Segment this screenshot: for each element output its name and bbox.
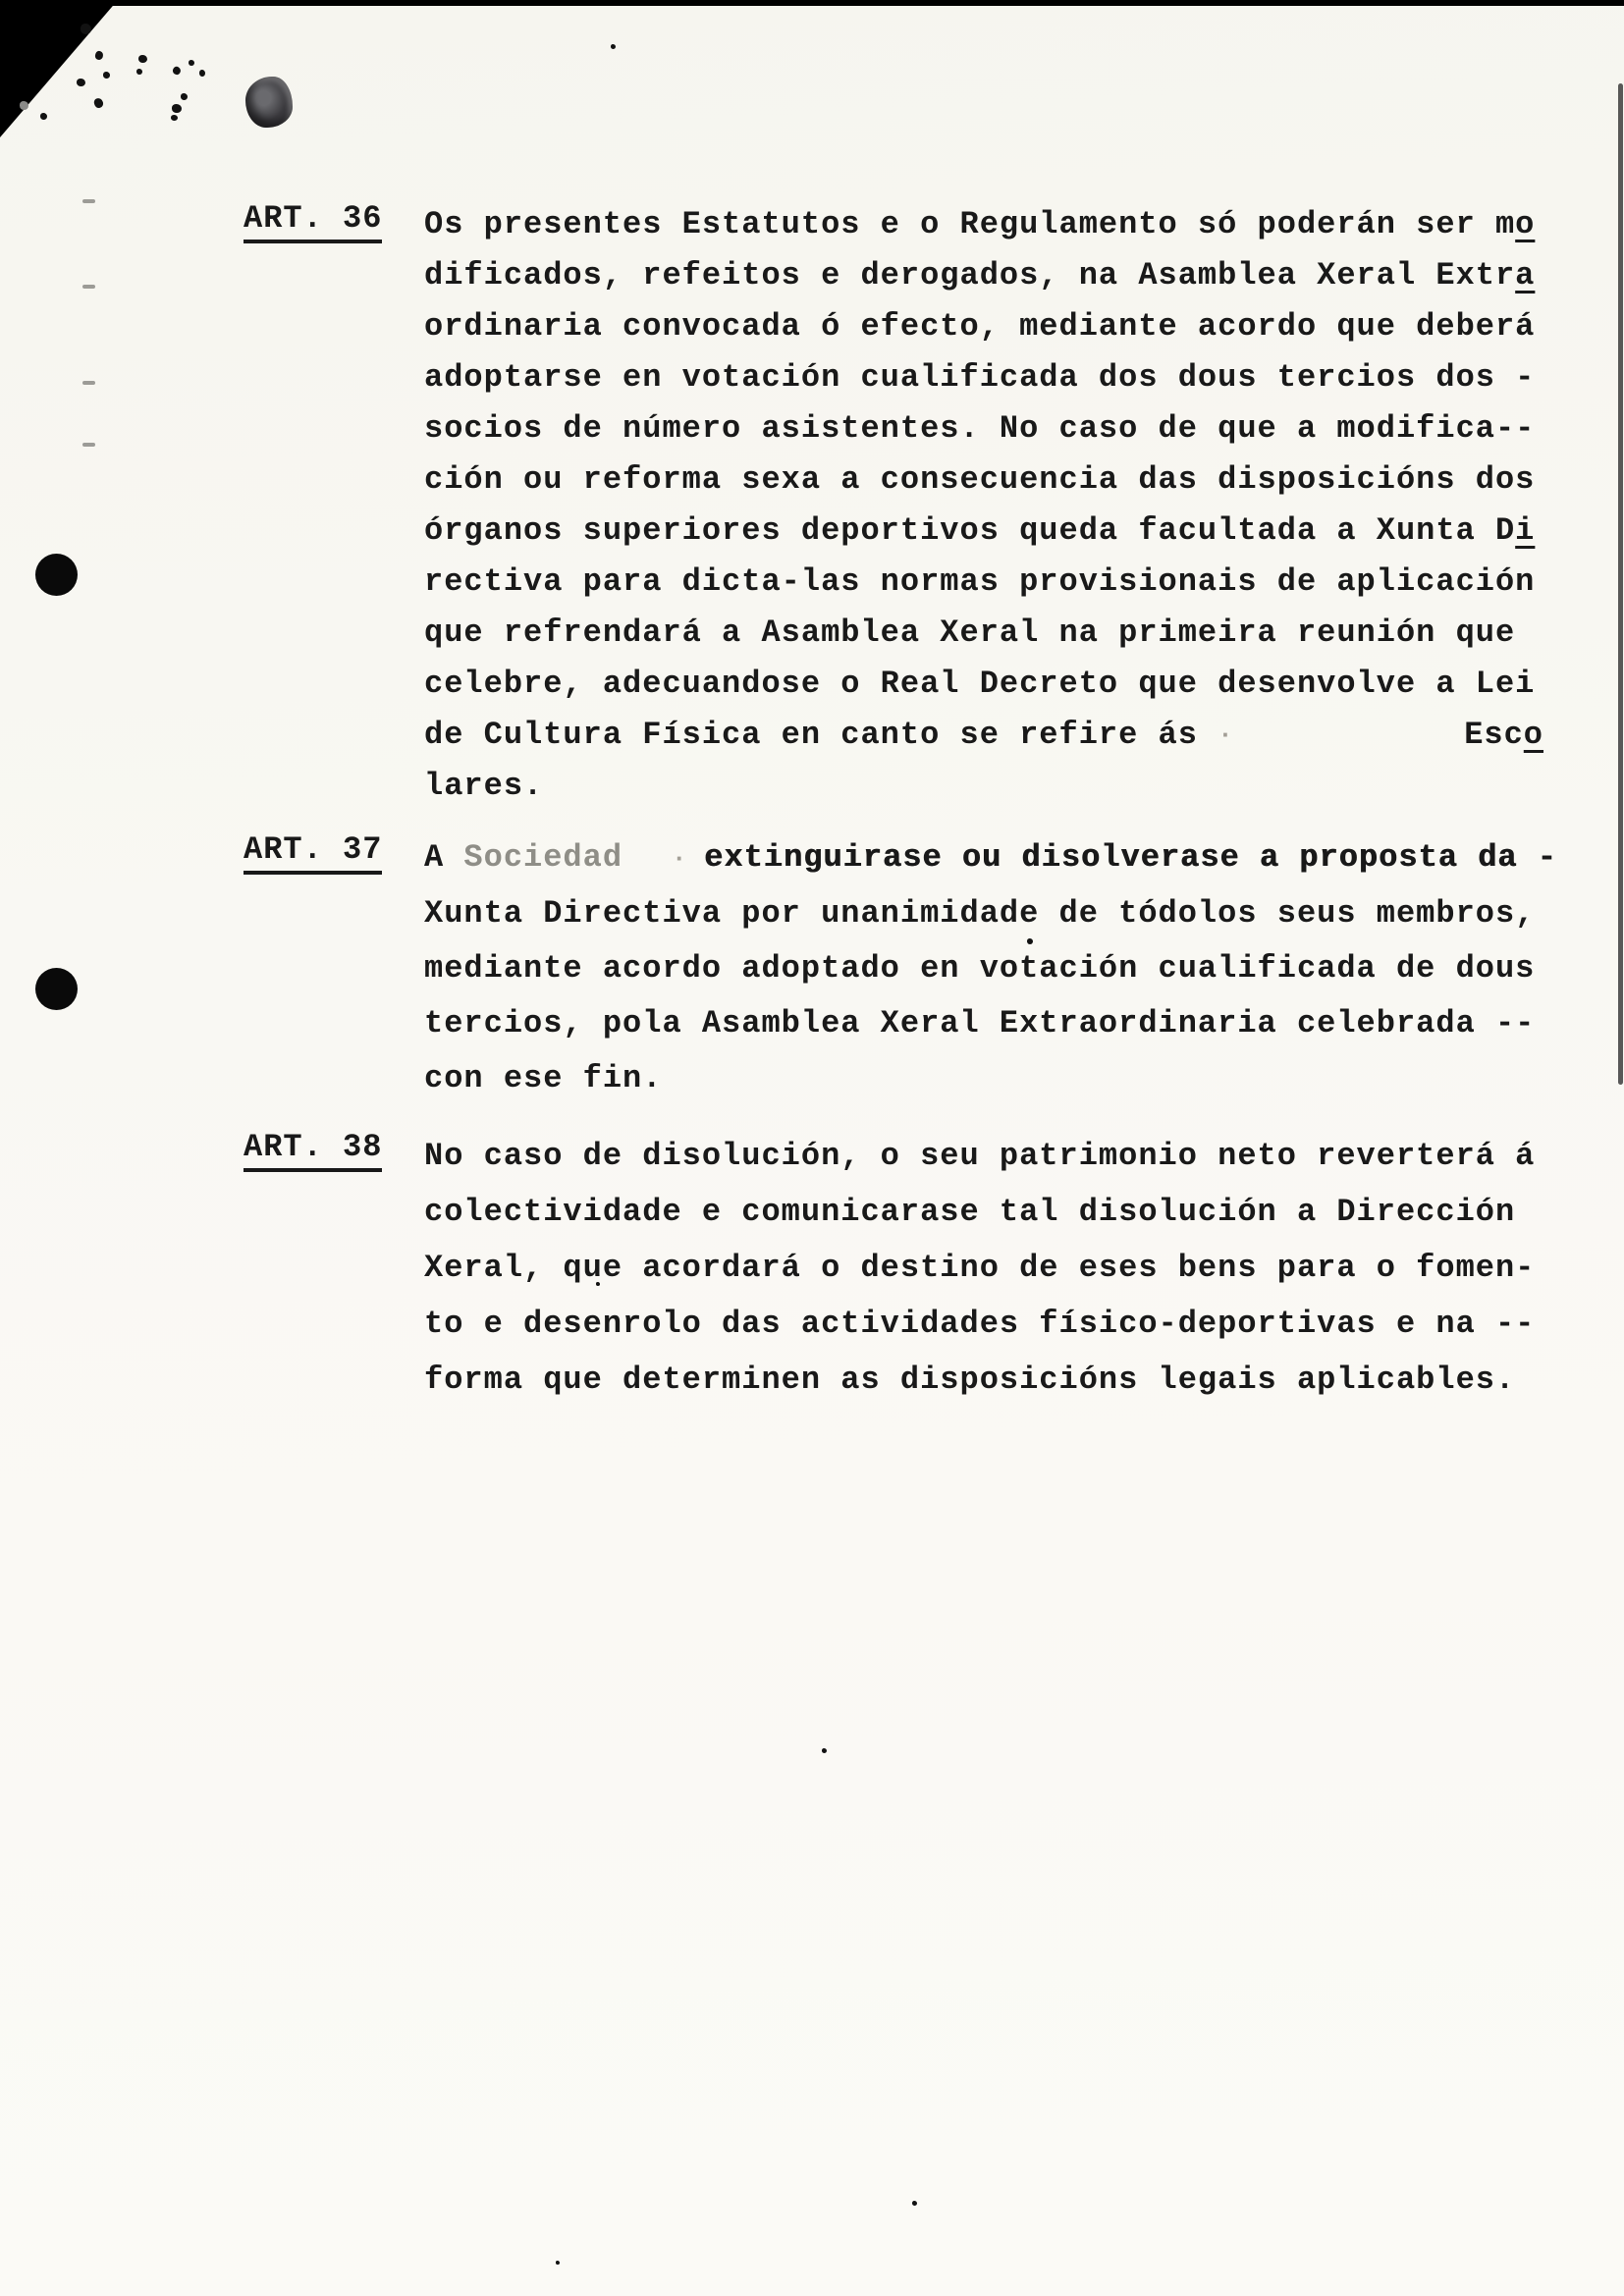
ink-speck xyxy=(189,60,194,66)
text-segment: o xyxy=(1515,206,1535,242)
scan-edge-top xyxy=(0,0,1624,6)
ink-speck xyxy=(172,104,182,113)
text-segment: con ese fin. xyxy=(424,1060,662,1096)
text-line: órganos superiores deportivos queda facu… xyxy=(424,506,1543,557)
text-segment: Sociedad xyxy=(463,839,623,876)
text-line: A Sociedad · extinguirase ou disolverase… xyxy=(424,830,1543,886)
article-38-label: ART. 38 xyxy=(244,1128,382,1172)
ink-speck xyxy=(138,55,147,63)
text-line: forma que determinen as disposicións leg… xyxy=(424,1352,1543,1408)
text-segment: Os presentes Estatutos e o Regulamento s… xyxy=(424,206,1515,242)
text-line: ordinaria convocada ó efecto, mediante a… xyxy=(424,301,1543,352)
text-line: ción ou reforma sexa a consecuencia das … xyxy=(424,454,1543,506)
text-segment: colectividade e comunicarase tal disoluc… xyxy=(424,1194,1515,1230)
text-segment: celebre, adecuandose o Real Decreto que … xyxy=(424,666,1535,702)
ink-speck xyxy=(81,24,91,34)
text-segment: No caso de disolución, o seu patrimonio … xyxy=(424,1138,1535,1174)
text-line: adoptarse en votación cualificada dos do… xyxy=(424,352,1543,403)
article-38: ART. 38 No caso de disolución, o seu pat… xyxy=(424,1128,1543,1408)
hole-punch-bottom xyxy=(35,968,78,1010)
article-36-label: ART. 36 xyxy=(244,199,382,243)
text-segment: A xyxy=(424,839,463,876)
margin-mark xyxy=(82,443,95,447)
ink-speck xyxy=(136,69,142,75)
text-line: to e desenrolo das actividades físico-de… xyxy=(424,1296,1543,1352)
text-segment: · xyxy=(1218,710,1234,761)
text-segment: órganos superiores deportivos queda facu… xyxy=(424,512,1515,549)
ink-speck xyxy=(103,72,110,79)
document-page: ART. 36 Os presentes Estatutos e o Regul… xyxy=(0,0,1624,2296)
text-line: de Cultura Física en canto se refire ás … xyxy=(424,710,1543,761)
text-segment: extinguirase ou disolverase a proposta d… xyxy=(704,839,1557,876)
text-segment: i xyxy=(1515,512,1535,549)
text-line: colectividade e comunicarase tal disoluc… xyxy=(424,1184,1543,1240)
line-spacer xyxy=(1234,710,1464,761)
text-segment: mediante acordo adoptado en votación cua… xyxy=(424,950,1535,987)
ink-speck xyxy=(822,1748,827,1753)
text-segment: forma que determinen as disposicións leg… xyxy=(424,1362,1515,1398)
ink-speck xyxy=(77,79,85,86)
text-line: celebre, adecuandose o Real Decreto que … xyxy=(424,659,1543,710)
ink-speck xyxy=(20,101,28,110)
article-38-body: No caso de disolución, o seu patrimonio … xyxy=(424,1128,1543,1408)
text-segment: · xyxy=(623,844,704,874)
text-line: socios de número asistentes. No caso de … xyxy=(424,403,1543,454)
ink-speck xyxy=(172,66,183,77)
text-line: Os presentes Estatutos e o Regulamento s… xyxy=(424,199,1543,250)
article-36: ART. 36 Os presentes Estatutos e o Regul… xyxy=(424,199,1543,812)
article-36-body: Os presentes Estatutos e o Regulamento s… xyxy=(424,199,1543,812)
text-segment: o xyxy=(1524,710,1543,761)
text-segment: de Cultura Física en canto se refire ás xyxy=(424,710,1218,761)
text-line: Xunta Directiva por unanimidade de tódol… xyxy=(424,886,1543,941)
text-segment: Esc xyxy=(1464,710,1524,761)
ink-speck xyxy=(181,93,188,100)
text-segment: socios de número asistentes. No caso de … xyxy=(424,410,1535,447)
text-line: mediante acordo adoptado en votación cua… xyxy=(424,941,1543,996)
text-line: lares. xyxy=(424,761,1543,812)
text-segment: que refrendará a Asamblea Xeral na prime… xyxy=(424,614,1515,651)
ink-speck xyxy=(171,115,178,121)
ink-speck xyxy=(199,70,205,77)
text-segment: to e desenrolo das actividades físico-de… xyxy=(424,1306,1535,1342)
text-segment: lares. xyxy=(424,768,543,804)
text-segment: ción ou reforma sexa a consecuencia das … xyxy=(424,461,1535,498)
text-line: Xeral, que acordará o destino de eses be… xyxy=(424,1240,1543,1296)
text-line: con ese fin. xyxy=(424,1051,1543,1106)
text-segment: adoptarse en votación cualificada dos do… xyxy=(424,359,1535,396)
text-segment: dificados, refeitos e derogados, na Asam… xyxy=(424,257,1515,294)
text-line: que refrendará a Asamblea Xeral na prime… xyxy=(424,608,1543,659)
hole-punch-top xyxy=(35,554,78,596)
text-segment: tercios, pola Asamblea Xeral Extraordina… xyxy=(424,1005,1535,1041)
margin-mark xyxy=(82,285,95,289)
scan-edge-right xyxy=(1618,83,1623,1085)
article-37-body: A Sociedad · extinguirase ou disolverase… xyxy=(424,830,1543,1106)
ink-speck xyxy=(40,113,47,120)
text-segment: a xyxy=(1515,257,1535,294)
text-segment: Xeral, que acordará o destino de eses be… xyxy=(424,1250,1535,1286)
text-segment: Xunta Directiva por unanimidade de tódol… xyxy=(424,895,1535,932)
text-line: dificados, refeitos e derogados, na Asam… xyxy=(424,250,1543,301)
article-37: ART. 37 A Sociedad · extinguirase ou dis… xyxy=(424,830,1543,1106)
text-line: tercios, pola Asamblea Xeral Extraordina… xyxy=(424,996,1543,1051)
margin-mark xyxy=(82,381,95,385)
text-line: rectiva para dicta-las normas provisiona… xyxy=(424,557,1543,608)
margin-mark xyxy=(82,199,95,203)
scan-corner-shadow xyxy=(0,0,118,137)
text-segment: rectiva para dicta-las normas provisiona… xyxy=(424,563,1535,600)
text-line: No caso de disolución, o seu patrimonio … xyxy=(424,1128,1543,1184)
ink-speck xyxy=(611,44,616,49)
ink-blob xyxy=(245,77,293,128)
ink-speck xyxy=(556,2261,560,2265)
article-37-label: ART. 37 xyxy=(244,830,382,875)
text-segment: ordinaria convocada ó efecto, mediante a… xyxy=(424,308,1535,345)
ink-speck xyxy=(912,2201,917,2206)
